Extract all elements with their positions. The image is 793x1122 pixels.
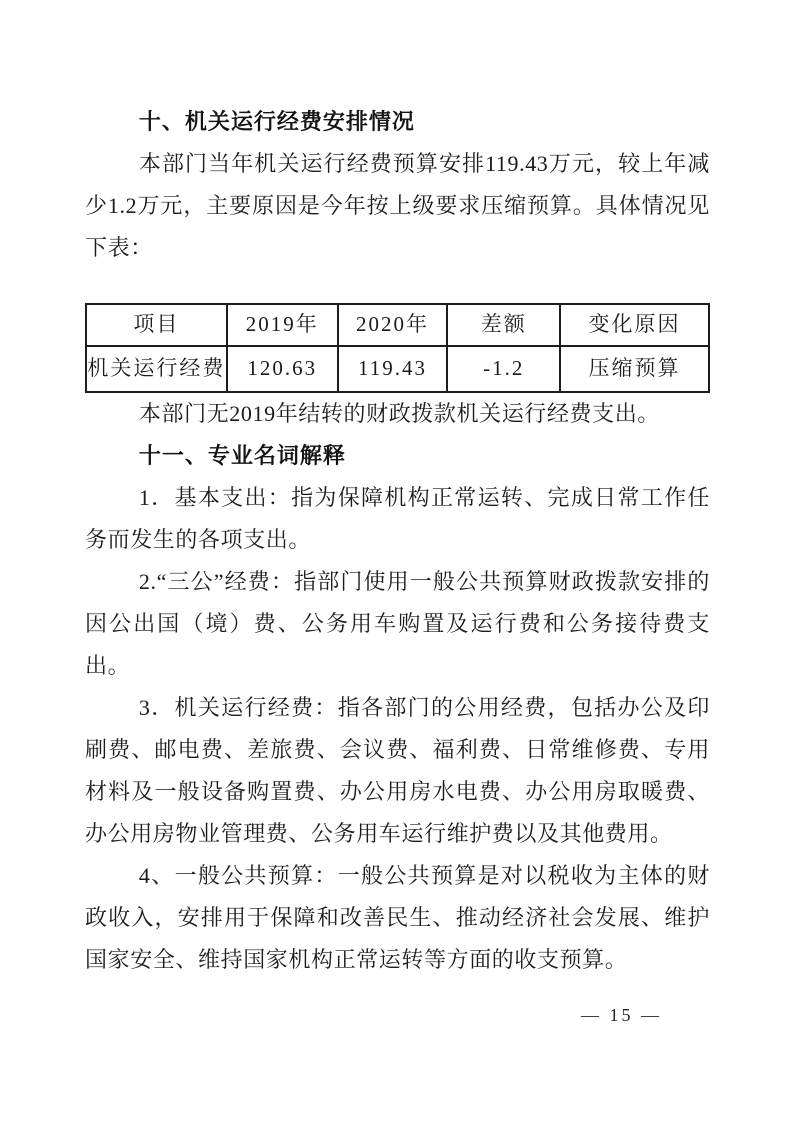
page-number: — 15 — xyxy=(85,1003,710,1027)
glossary-item-general-public-budget: 4、一般公共预算：一般公共预算是对以税收为主体的财政收入，安排用于保障和改善民生… xyxy=(85,855,710,981)
th-item: 项目 xyxy=(86,304,227,346)
td-change-reason: 压缩预算 xyxy=(560,346,709,392)
glossary-item-basic-expenditure: 1．基本支出：指为保障机构正常运转、完成日常工作任务而发生的各项支出。 xyxy=(85,477,710,561)
glossary-item-operating-expenses: 3．机关运行经费：指各部门的公用经费，包括办公及印刷费、邮电费、差旅费、会议费、… xyxy=(85,687,710,855)
table-row: 机关运行经费 120.63 119.43 -1.2 压缩预算 xyxy=(86,346,709,392)
section-10-note-paragraph: 本部门无2019年结转的财政拨款机关运行经费支出。 xyxy=(85,393,710,435)
document-page: 十、机关运行经费安排情况 本部门当年机关运行经费预算安排119.43万元，较上年… xyxy=(0,0,793,1122)
th-difference: 差额 xyxy=(447,304,560,346)
td-difference-value: -1.2 xyxy=(447,346,560,392)
td-2020-value: 119.43 xyxy=(338,346,448,392)
section-10-intro-paragraph: 本部门当年机关运行经费预算安排119.43万元，较上年减少1.2万元，主要原因是… xyxy=(85,143,710,269)
glossary-item-three-public-funds: 2.“三公”经费：指部门使用一般公共预算财政拨款安排的因公出国（境）费、公务用车… xyxy=(85,561,710,687)
section-11-heading: 十一、专业名词解释 xyxy=(85,435,710,477)
operating-expense-table: 项目 2019年 2020年 差额 变化原因 机关运行经费 120.63 119… xyxy=(85,303,710,393)
th-change-reason: 变化原因 xyxy=(560,304,709,346)
td-2019-value: 120.63 xyxy=(227,346,338,392)
section-10-heading: 十、机关运行经费安排情况 xyxy=(85,101,710,143)
th-year-2019: 2019年 xyxy=(227,304,338,346)
table-header-row: 项目 2019年 2020年 差额 变化原因 xyxy=(86,304,709,346)
th-year-2020: 2020年 xyxy=(338,304,448,346)
td-item-name: 机关运行经费 xyxy=(86,346,227,392)
